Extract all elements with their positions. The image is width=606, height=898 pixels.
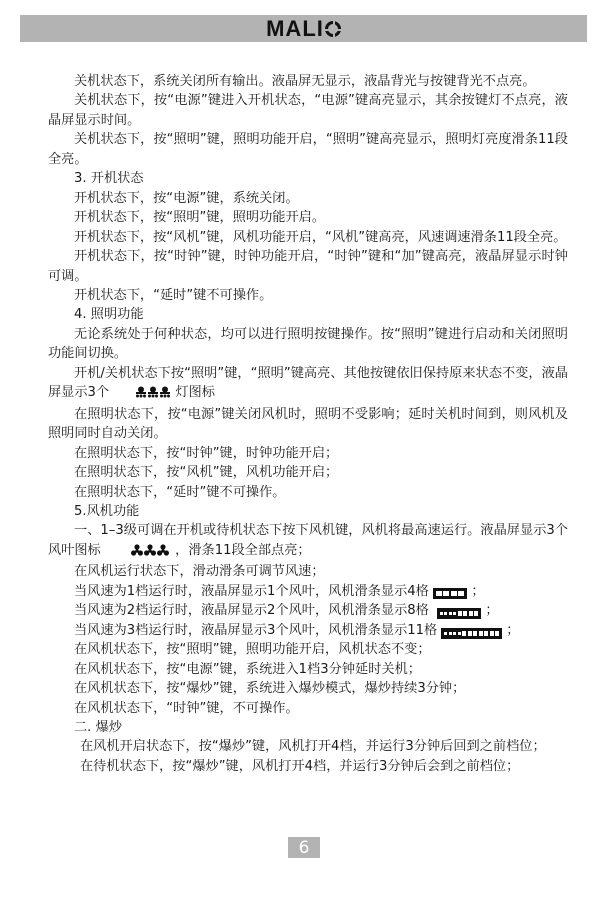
paragraph: 开机状态下，按“照明”键，照明功能开启。 — [48, 208, 568, 227]
section-heading: 5.风机功能 — [48, 502, 568, 521]
paragraph: 开机状态下，“延时”键不可操作。 — [48, 286, 568, 305]
header-bar: MALI — [20, 15, 587, 42]
section-heading: 4. 照明功能 — [48, 305, 568, 324]
paragraph: 开机状态下，按“电源”键，系统关闭。 — [48, 189, 568, 208]
text: ，滑条11段全部点亮； — [171, 543, 311, 558]
paragraph: 开机状态下，按“时钟”键，时钟功能开启，“时钟”键和“加”键高亮，液晶屏显示时钟… — [48, 247, 568, 286]
paragraph: 关机状态下，系统关闭所有输出。液晶屏无显示，液晶背光与按键背光不点亮。 — [48, 72, 568, 91]
paragraph: 开机/关机状态下按“照明”键，“照明”键高亮、其他按键依旧保持原来状态不变，液晶… — [48, 364, 568, 405]
page-number: 6 — [288, 837, 320, 858]
fan-blade-icons — [105, 543, 171, 562]
paragraph: 无论系统处于何种状态，均可以进行照明按键操作。按“照明”键进行启动和关闭照明功能… — [48, 325, 568, 364]
text: ； — [471, 584, 484, 599]
brand-text: MALI — [266, 16, 324, 42]
paragraph: 当风速为2档运行时，液晶屏显示2个风叶，风机滑条显示8格； — [48, 601, 568, 620]
paragraph: 当风速为1档运行时，液晶屏显示1个风叶，风机滑条显示4格； — [48, 582, 568, 601]
manual-body: 关机状态下，系统关闭所有输出。液晶屏无显示，液晶背光与按键背光不点亮。 关机状态… — [48, 72, 568, 776]
paragraph: 一、1–3级可调在开机或待机状态下按下风机键，风机将最高速运行。液晶屏显示3个风… — [48, 521, 568, 562]
paragraph: 当风速为3档运行时，液晶屏显示3个风叶，风机滑条显示11格； — [48, 621, 568, 640]
paragraph: 在风机状态下，“时钟”键，不可操作。 — [48, 699, 568, 718]
paragraph: 在风机状态下，按“爆炒”键，系统进入爆炒模式，爆炒持续3分钟； — [48, 679, 568, 698]
paragraph: 在风机状态下，按“照明”键，照明功能开启，风机状态不变； — [48, 640, 568, 659]
section-heading: 二. 爆炒 — [48, 718, 568, 737]
fan-slider-4-segments-icon — [433, 588, 468, 599]
paragraph: 在照明状态下，按“时钟”键，时钟功能开启； — [48, 444, 568, 463]
paragraph: 在风机状态下，按“电源”键，系统进入1档3分钟延时关机； — [48, 660, 568, 679]
brand-logo: MALI — [266, 16, 341, 42]
section-heading: 3. 开机状态 — [48, 169, 568, 188]
paragraph: 在照明状态下，“延时”键不可操作。 — [48, 483, 568, 502]
paragraph: 在待机状态下，按“爆炒”键，风机打开4档，并运行3分钟后会到之前档位； — [48, 757, 568, 776]
paragraph: 在风机运行状态下，滑动滑条可调节风速； — [48, 562, 568, 581]
paragraph: 在照明状态下，按“电源”键关闭风机时，照明不受影响；延时关机时间到，则风机及照明… — [48, 405, 568, 444]
lamp-icons — [109, 385, 171, 404]
text: 灯图标 — [171, 385, 215, 400]
paragraph: 在风机开启状态下，按“爆炒”键，风机打开4档，并运行3分钟后回到之前档位； — [48, 737, 568, 756]
brand-o-crosshair-icon — [325, 21, 341, 37]
text: 当风速为1档运行时，液晶屏显示1个风叶，风机滑条显示4格 — [74, 584, 429, 599]
paragraph: 开机状态下，按“风机”键，风机功能开启，“风机”键高亮，风速调速滑条11段全亮。 — [48, 228, 568, 247]
fan-slider-11-segments-icon — [441, 628, 502, 639]
paragraph: 关机状态下，按“电源”键进入开机状态，“电源”键高亮显示，其余按键灯不点亮，液晶… — [48, 91, 568, 130]
text: ； — [506, 623, 519, 638]
paragraph: 关机状态下，按“照明”键，照明功能开启，“照明”键高亮显示，照明灯亮度滑条11段… — [48, 130, 568, 169]
text: 当风速为3档运行时，液晶屏显示3个风叶，风机滑条显示11格 — [74, 623, 437, 638]
text: ； — [485, 603, 498, 618]
paragraph: 在照明状态下，按“风机”键，风机功能开启； — [48, 463, 568, 482]
fan-slider-8-segments-icon — [437, 608, 482, 619]
text: 当风速为2档运行时，液晶屏显示2个风叶，风机滑条显示8格 — [74, 603, 429, 618]
